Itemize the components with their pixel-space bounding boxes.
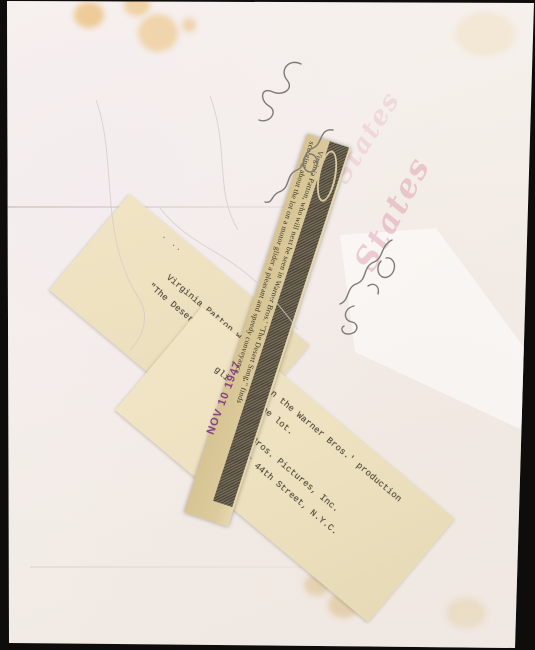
crease-line-lower: [30, 566, 330, 568]
stain-top-4: [182, 18, 196, 32]
stain-top-2: [124, 0, 150, 16]
stain-bottom-4: [446, 598, 486, 628]
stain-top-3: [138, 14, 178, 52]
crease-line-upper: [0, 206, 330, 208]
stain-top-5: [455, 12, 515, 56]
typed-marks: · ··: [159, 234, 183, 256]
stain-top-1: [74, 2, 104, 28]
photo-back-paper: States States · ·· Virginia Patton wh "T…: [0, 0, 535, 650]
